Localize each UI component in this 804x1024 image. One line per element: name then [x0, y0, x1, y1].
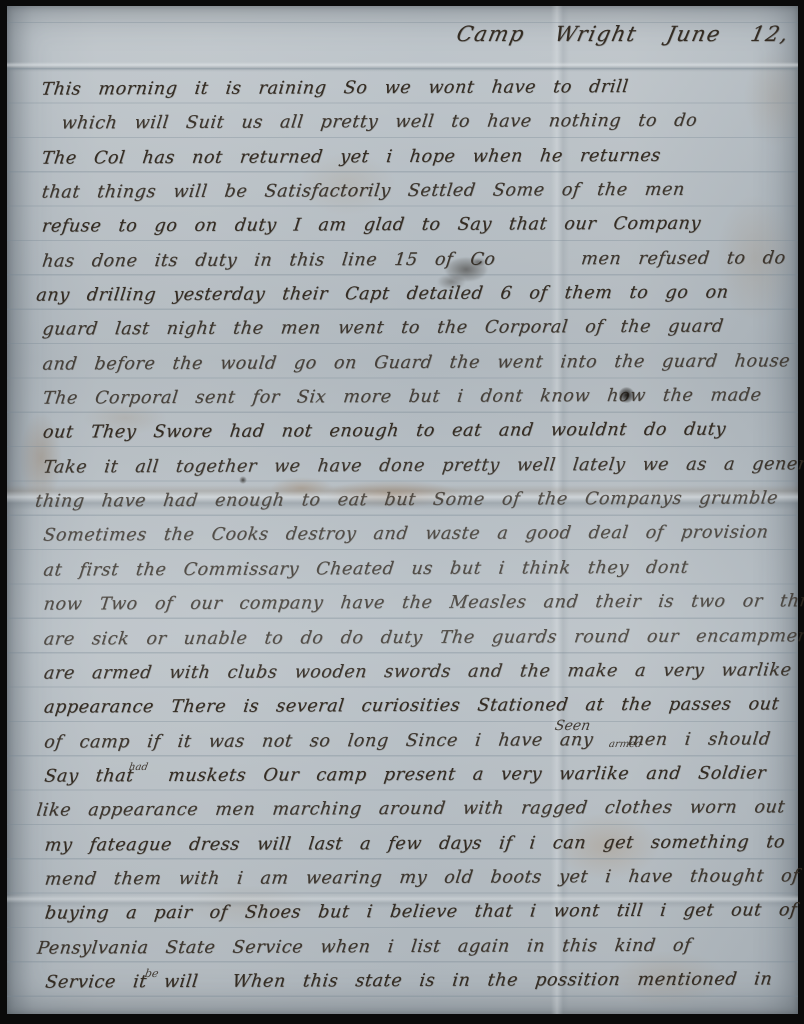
- letter-line: buying a pair of Shoes but i believe tha…: [21, 896, 795, 934]
- letter-line: which will Suit us all pretty well to ha…: [17, 106, 791, 144]
- letter-line: and before the would go on Guard the wen…: [18, 346, 792, 384]
- letter-line: out They Swore had not enough to eat and…: [19, 415, 793, 453]
- letter-line: any drilling yesterday their Capt detail…: [18, 277, 792, 315]
- letter-line: This morning it is raining So we wont ha…: [17, 71, 791, 109]
- letter-line: like appearance men marching around with…: [20, 793, 794, 831]
- letter-line: The Corporal sent for Six more but i don…: [18, 380, 792, 418]
- letter-line: guard last night the men went to the Cor…: [18, 312, 792, 350]
- letter-line: my fateague dress will last a few days i…: [20, 827, 794, 865]
- letter-body: This morning it is raining So we wont ha…: [17, 71, 791, 1002]
- inserted-word-armed: armed: [608, 739, 642, 750]
- letter-line: now Two of our company have the Measles …: [19, 586, 793, 624]
- letter-line: has done its duty in this line 15 of Co …: [18, 243, 792, 281]
- letter-line: thing have had enough to eat but Some of…: [19, 483, 793, 521]
- letter-line: of camp if it was not so long Since i ha…: [20, 724, 794, 762]
- letter-line: Service it will When this state is in th…: [21, 964, 795, 1002]
- inserted-word-seen: Seen: [554, 718, 592, 734]
- scan-background: Camp Wright June 12, 61 This morning it …: [0, 0, 804, 1024]
- letter-line: are armed with clubs wooden swords and t…: [20, 655, 794, 693]
- inserted-word-be: be: [144, 967, 160, 980]
- letter-line: mend them with i am wearing my old boots…: [21, 861, 795, 899]
- ink-blot-scribble: [431, 251, 495, 295]
- letter-page: Camp Wright June 12, 61 This morning it …: [7, 6, 798, 1014]
- letter-line: that things will be Satisfactorily Settl…: [18, 174, 792, 212]
- inserted-word-had: had: [128, 762, 149, 773]
- letter-line: Pensylvania State Service when i list ag…: [21, 930, 795, 968]
- letter-line: appearance There is several curiosities …: [20, 689, 794, 727]
- letter-line: Sometimes the Cooks destroy and waste a …: [19, 518, 793, 556]
- letter-line: at first the Commissary Cheated us but i…: [19, 552, 793, 590]
- letter-line: are sick or unable to do do duty The gua…: [20, 621, 794, 659]
- ink-blot-speck: [239, 476, 247, 484]
- letter-dateline: Camp Wright June 12, 61: [454, 22, 804, 46]
- letter-line: refuse to go on duty I am glad to Say th…: [18, 209, 792, 247]
- letter-line: The Col has not returned yet i hope when…: [17, 140, 791, 178]
- letter-line: Take it all together we have done pretty…: [19, 449, 793, 487]
- ink-blot-dot: [619, 387, 634, 403]
